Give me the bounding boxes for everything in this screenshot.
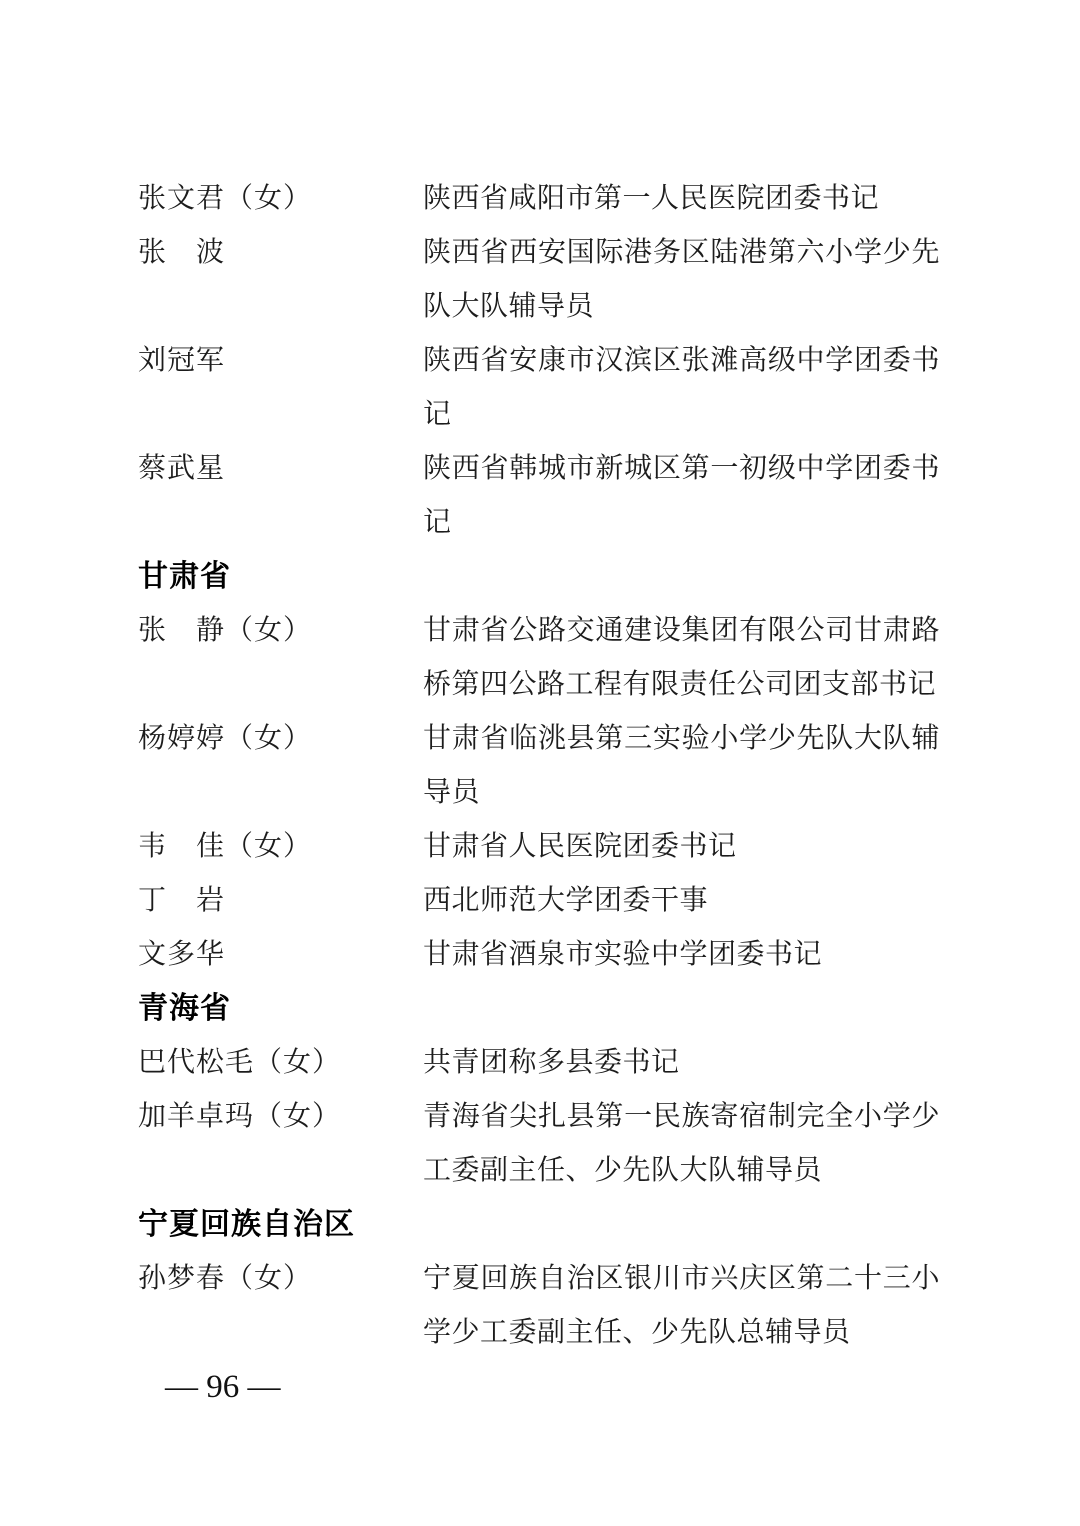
list-entry: 刘冠军 陕西省安康市汉滨区张滩高级中学团委书记 bbox=[138, 334, 940, 442]
entry-position: 宁夏回族自治区银川市兴庆区第二十三小学少工委副主任、少先队总辅导员 bbox=[423, 1252, 940, 1360]
section-qinghai: 青海省 巴代松毛（女） 共青团称多县委书记 加羊卓玛（女） 青海省尖扎县第一民族… bbox=[138, 982, 940, 1198]
entry-position: 甘肃省酒泉市实验中学团委书记 bbox=[423, 928, 940, 982]
page-number: — 96 — bbox=[165, 1360, 281, 1414]
list-entry: 蔡武星 陕西省韩城市新城区第一初级中学团委书记 bbox=[138, 442, 940, 550]
entry-position: 甘肃省临洮县第三实验小学少先队大队辅导员 bbox=[423, 712, 940, 820]
document-page: 张文君（女） 陕西省咸阳市第一人民医院团委书记 张 波 陕西省西安国际港务区陆港… bbox=[0, 0, 1080, 1526]
list-entry: 文多华 甘肃省酒泉市实验中学团委书记 bbox=[138, 928, 940, 982]
entry-name: 韦 佳（女） bbox=[138, 820, 423, 874]
entry-name: 张 波 bbox=[138, 226, 423, 280]
entry-name: 加羊卓玛（女） bbox=[138, 1090, 423, 1144]
list-entry: 巴代松毛（女） 共青团称多县委书记 bbox=[138, 1036, 940, 1090]
entry-position: 陕西省安康市汉滨区张滩高级中学团委书记 bbox=[423, 334, 940, 442]
list-entry: 张 静（女） 甘肃省公路交通建设集团有限公司甘肃路桥第四公路工程有限责任公司团支… bbox=[138, 604, 940, 712]
entry-position: 陕西省西安国际港务区陆港第六小学少先队大队辅导员 bbox=[423, 226, 940, 334]
entry-name: 文多华 bbox=[138, 928, 423, 982]
entry-name: 丁 岩 bbox=[138, 874, 423, 928]
section-ningxia: 宁夏回族自治区 孙梦春（女） 宁夏回族自治区银川市兴庆区第二十三小学少工委副主任… bbox=[138, 1198, 940, 1360]
section-gansu: 甘肃省 张 静（女） 甘肃省公路交通建设集团有限公司甘肃路桥第四公路工程有限责任… bbox=[138, 550, 940, 982]
entry-position: 青海省尖扎县第一民族寄宿制完全小学少工委副主任、少先队大队辅导员 bbox=[423, 1090, 940, 1198]
recipient-list: 张文君（女） 陕西省咸阳市第一人民医院团委书记 张 波 陕西省西安国际港务区陆港… bbox=[138, 172, 940, 1360]
entry-position: 甘肃省公路交通建设集团有限公司甘肃路桥第四公路工程有限责任公司团支部书记 bbox=[423, 604, 940, 712]
list-entry: 加羊卓玛（女） 青海省尖扎县第一民族寄宿制完全小学少工委副主任、少先队大队辅导员 bbox=[138, 1090, 940, 1198]
entry-position: 陕西省咸阳市第一人民医院团委书记 bbox=[423, 172, 940, 226]
province-header: 青海省 bbox=[138, 982, 940, 1036]
entry-name: 张 静（女） bbox=[138, 604, 423, 658]
entry-name: 巴代松毛（女） bbox=[138, 1036, 423, 1090]
entry-position: 共青团称多县委书记 bbox=[423, 1036, 940, 1090]
entry-name: 张文君（女） bbox=[138, 172, 423, 226]
province-header: 宁夏回族自治区 bbox=[138, 1198, 940, 1252]
list-entry: 孙梦春（女） 宁夏回族自治区银川市兴庆区第二十三小学少工委副主任、少先队总辅导员 bbox=[138, 1252, 940, 1360]
list-entry: 杨婷婷（女） 甘肃省临洮县第三实验小学少先队大队辅导员 bbox=[138, 712, 940, 820]
list-entry: 韦 佳（女） 甘肃省人民医院团委书记 bbox=[138, 820, 940, 874]
entry-position: 甘肃省人民医院团委书记 bbox=[423, 820, 940, 874]
list-entry: 张文君（女） 陕西省咸阳市第一人民医院团委书记 bbox=[138, 172, 940, 226]
entry-name: 蔡武星 bbox=[138, 442, 423, 496]
entry-position: 陕西省韩城市新城区第一初级中学团委书记 bbox=[423, 442, 940, 550]
entry-name: 杨婷婷（女） bbox=[138, 712, 423, 766]
province-header: 甘肃省 bbox=[138, 550, 940, 604]
entry-position: 西北师范大学团委干事 bbox=[423, 874, 940, 928]
list-entry: 张 波 陕西省西安国际港务区陆港第六小学少先队大队辅导员 bbox=[138, 226, 940, 334]
entry-name: 孙梦春（女） bbox=[138, 1252, 423, 1306]
list-entry: 丁 岩 西北师范大学团委干事 bbox=[138, 874, 940, 928]
section-shaanxi-continued: 张文君（女） 陕西省咸阳市第一人民医院团委书记 张 波 陕西省西安国际港务区陆港… bbox=[138, 172, 940, 550]
entry-name: 刘冠军 bbox=[138, 334, 423, 388]
